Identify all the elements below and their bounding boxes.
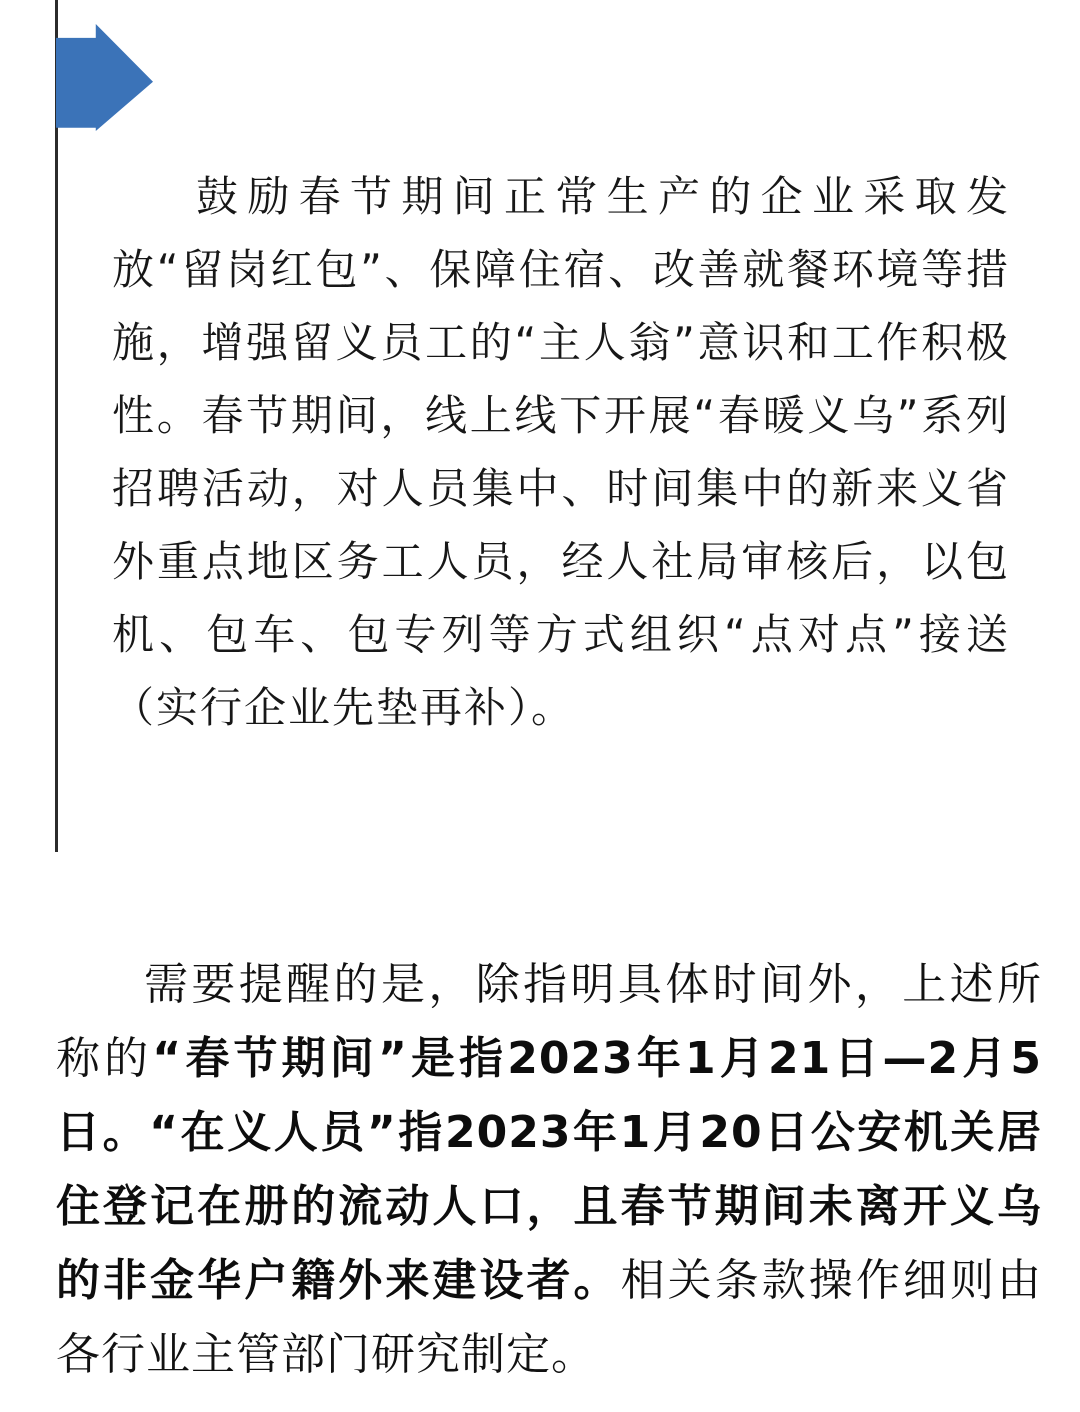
quote-paragraph: 鼓励春节期间正常生产的企业采取发放“留岗红包”、保障住宿、改善就餐环境等措施，增… bbox=[58, 0, 1080, 744]
quote-section: 鼓励春节期间正常生产的企业采取发放“留岗红包”、保障住宿、改善就餐环境等措施，增… bbox=[55, 0, 1080, 852]
note-paragraph: 需要提醒的是，除指明具体时间外，上述所称的“春节期间”是指2023年1月21日—… bbox=[56, 948, 1042, 1392]
article-page: 鼓励春节期间正常生产的企业采取发放“留岗红包”、保障住宿、改善就餐环境等措施，增… bbox=[0, 0, 1080, 1412]
